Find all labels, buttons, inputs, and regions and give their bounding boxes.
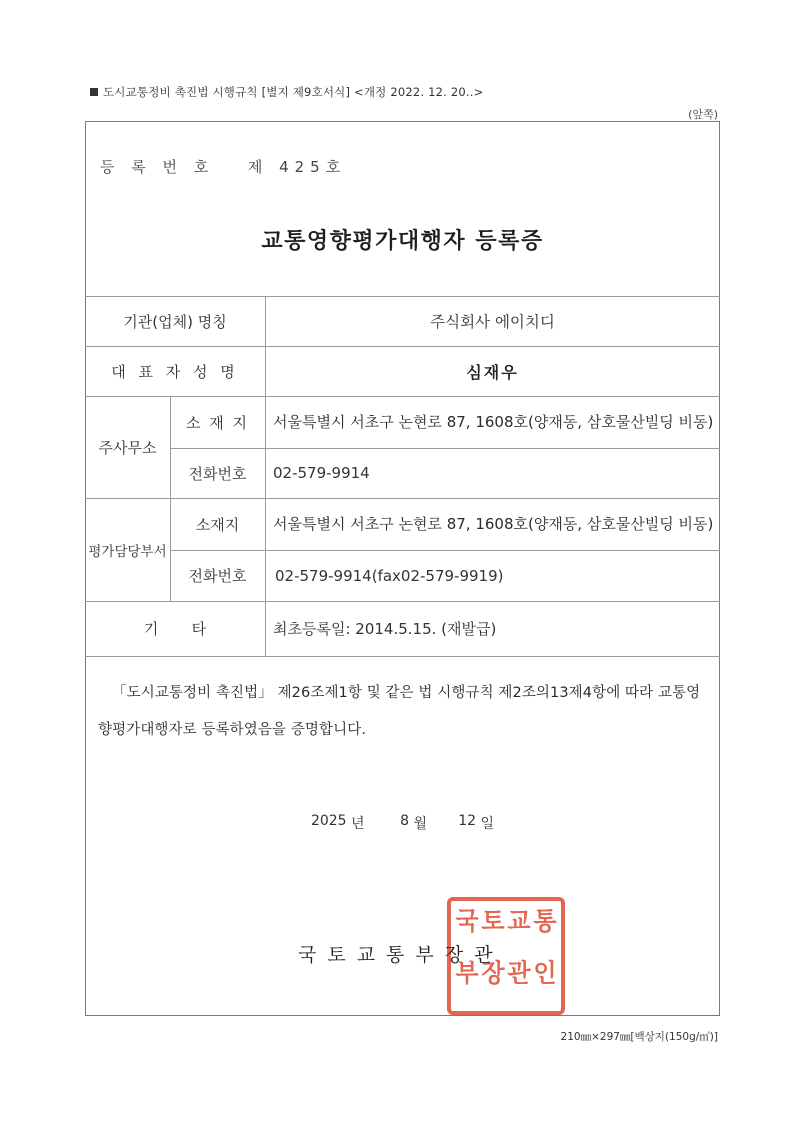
date-year-unit: 년 [351,813,365,833]
issuing-authority: 국토교통부장관 [298,940,503,967]
paper-specification: 210㎜×297㎜[백상지(150g/㎡)] [561,1029,718,1044]
certification-statement: 「도시교통정비 촉진법」 제26조제1항 및 같은 법 시행규칙 제2조의13제… [98,675,708,749]
head-office-phone-value: 02-579-9914 [265,448,720,498]
org-name-label: 기관(업체) 명칭 [85,296,265,346]
registration-number-label: 등 록 번 호 [100,158,214,176]
date-month-unit: 월 [414,813,428,833]
head-office-phone-label: 전화번호 [170,448,265,498]
seal-char: 국 [455,909,478,934]
issue-date: 2025 년 8 월 12 일 [85,813,720,833]
seal-char: 관 [507,961,530,986]
registration-number-value: 제 425호 [248,158,346,176]
representative-label: 대 표 자 성 명 [85,346,265,396]
head-office-label: 주사무소 [85,396,170,498]
date-day-unit: 일 [481,813,495,833]
seal-char: 교 [507,909,530,934]
seal-char: 토 [481,909,504,934]
front-page-label: (앞쪽) [688,106,718,122]
evaluation-dept-phone-value: 02-579-9914(fax02-579-9919) [265,550,720,601]
evaluation-dept-phone-label: 전화번호 [170,550,265,601]
seal-char: 인 [533,961,556,986]
head-office-location-label: 소 재 지 [170,396,265,448]
evaluation-dept-label: 평가담당부서 [85,498,170,601]
square-bullet-icon [90,88,98,96]
evaluation-dept-location-value: 서울특별시 서초구 논현로 87, 1608호(양재동, 삼호물산빌딩 비동) [265,498,720,550]
date-day: 12 [458,813,476,833]
evaluation-dept-location-label: 소재지 [170,498,265,550]
other-value: 최초등록일: 2014.5.15. (재발급) [265,601,720,656]
registration-number: 등 록 번 호 제 425호 [100,156,346,177]
head-office-location-value: 서울특별시 서초구 논현로 87, 1608호(양재동, 삼호물산빌딩 비동) [265,396,720,448]
representative-value-cell: 심재우 [265,346,720,396]
form-header-text: 도시교통정비 촉진법 시행규칙 [별지 제9호서식] <개정 2022. 12.… [103,84,483,100]
other-label: 기 타 [85,601,265,656]
org-name-value: 주식회사 에이치디 [265,296,720,346]
certificate-title: 교통영향평가대행자 등록증 [85,224,720,255]
form-header: 도시교통정비 촉진법 시행규칙 [별지 제9호서식] <개정 2022. 12.… [90,84,483,100]
date-month: 8 [400,813,409,833]
seal-char: 통 [533,909,556,934]
date-year: 2025 [311,813,347,833]
table-bottom-border [85,656,720,657]
representative-value: 심재우 [466,360,518,383]
